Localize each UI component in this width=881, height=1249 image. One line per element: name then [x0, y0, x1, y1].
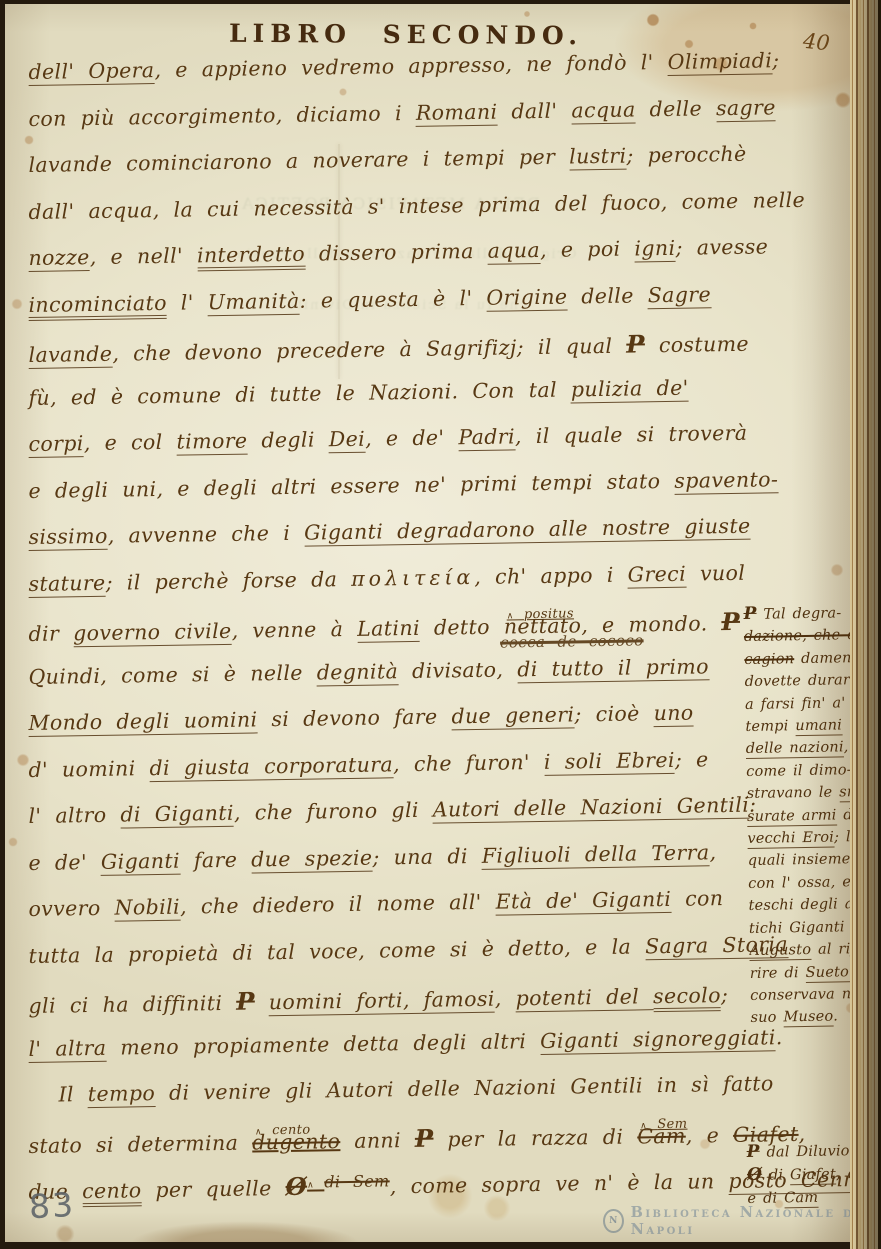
text-segment: sagre: [716, 95, 776, 122]
watermark-text: Biblioteca Nazionale di Napoli: [631, 1204, 881, 1238]
margin-note-line: dovette durar: [744, 669, 862, 693]
text-segment: gli ci ha diffiniti: [28, 991, 236, 1018]
text-segment: Giganti: [101, 848, 180, 875]
book-section-title: LIBRO SECONDO.: [229, 19, 583, 50]
text-segment: Tal degra-: [756, 605, 841, 622]
margin-note-line: P dal Diluvio: [746, 1139, 864, 1164]
text-segment: pulizia de': [571, 375, 689, 403]
text-segment: costume: [645, 332, 749, 358]
library-seal-icon: N: [603, 1209, 624, 1233]
text-segment: conservava nel: [750, 986, 865, 1004]
text-segment: uno: [653, 701, 693, 728]
text-segment: Romani: [416, 99, 498, 126]
manuscript-scan: DELLA METAFISICA POETICAOrigine della Di…: [0, 0, 881, 1249]
text-segment: l': [167, 290, 208, 315]
text-segment: e de': [28, 849, 101, 874]
text-segment: come il dimo-: [746, 762, 852, 780]
text-segment: Origine: [486, 284, 567, 311]
text-segment: , e: [686, 1122, 734, 1147]
text-segment: , che diedero il nome all': [180, 890, 496, 919]
text-segment: Giafet: [790, 1167, 836, 1186]
text-segment: rire di: [750, 965, 806, 982]
text-segment: uomini forti, famosi: [269, 987, 495, 1017]
margin-note-line: stravano le smi-: [746, 781, 864, 805]
text-segment: ; perocchè: [626, 142, 746, 168]
text-segment: , e poi: [540, 236, 635, 261]
text-segment: Greci: [628, 561, 687, 588]
text-segment: igni: [634, 236, 675, 263]
text-segment: ;: [721, 983, 729, 1007]
text-segment: cagion: [744, 651, 794, 668]
text-segment: aqua: [487, 238, 540, 265]
text-segment: ,: [495, 986, 516, 1010]
text-segment: , ch' appo i: [474, 562, 628, 588]
manuscript-page: DELLA METAFISICA POETICAOrigine della Di…: [5, 4, 881, 1242]
text-segment: con l' ossa, e i: [748, 874, 863, 892]
text-segment: Età de' Giganti: [495, 887, 671, 916]
text-segment: a farsi fin' a': [745, 695, 846, 713]
text-segment: Il: [58, 1082, 88, 1106]
text-segment: , il quale si troverà: [515, 421, 748, 449]
text-segment: Giganti signoreggiati: [540, 1025, 776, 1055]
margin-note-line: come il dimo-: [746, 759, 864, 783]
margin-note-line: delle nazioni,: [746, 736, 864, 760]
text-segment: , che furono gli: [234, 798, 433, 825]
text-segment: vuol: [686, 560, 746, 585]
text-segment: suo: [750, 1010, 783, 1027]
margin-note-line: P Tal degra-: [743, 601, 861, 626]
text-segment: Padri: [458, 424, 515, 451]
text-segment: ; una di: [372, 843, 482, 869]
pencil-folio-number: 83: [28, 1185, 76, 1226]
text-segment: πολιτεία: [351, 565, 474, 591]
text-segment: umani: [795, 717, 842, 736]
text-segment: Ø: [285, 1172, 307, 1201]
text-segment: anni: [340, 1127, 415, 1152]
text-segment: ; cioè: [574, 701, 654, 726]
text-segment: Museo: [783, 1009, 833, 1028]
text-segment: divisato,: [398, 657, 517, 683]
text-segment: Umanità: [207, 288, 299, 315]
text-segment: con: [671, 886, 724, 911]
text-segment: spavento-: [674, 467, 778, 495]
margin-note-line: Ø di Giafet, e: [747, 1162, 865, 1187]
text-segment: sissimo: [28, 524, 108, 551]
text-segment: Giganti degradarono alle nostre giuste: [304, 514, 751, 547]
text-segment: : e questa è l': [299, 285, 486, 312]
text-segment: timore: [176, 429, 247, 456]
text-segment: di Sem: [307, 1171, 390, 1191]
text-segment: degnità: [317, 659, 399, 686]
text-segment: corpi: [28, 431, 84, 458]
text-segment: interdetto: [197, 242, 305, 272]
text-segment: P: [415, 1123, 434, 1152]
text-segment: governo civile: [73, 619, 232, 647]
text-segment: l' altro: [28, 803, 120, 828]
text-segment: ; avesse: [675, 234, 768, 259]
margin-note-line: tempi umani: [745, 714, 863, 738]
text-segment: cento: [82, 1178, 142, 1207]
text-segment: Mondo degli uomini: [28, 707, 257, 737]
text-segment: tempi: [745, 718, 795, 735]
text-segment: per la razza di: [433, 1124, 637, 1151]
text-segment: ,: [709, 840, 716, 864]
text-segment: delle: [635, 96, 716, 121]
text-segment: , e col: [84, 430, 177, 455]
text-segment: Sagre: [648, 282, 712, 309]
text-segment: P: [721, 607, 740, 636]
text-segment: dissero prima: [305, 239, 488, 266]
text-segment: ; e: [675, 747, 709, 772]
margin-note-line: surate armi de': [747, 804, 865, 828]
text-segment: nozze: [28, 245, 90, 272]
text-segment: di: [762, 1168, 790, 1184]
text-segment: Quindi, come si è nelle: [28, 660, 317, 689]
text-segment: i soli Ebrei: [544, 747, 675, 775]
text-segment: Ø: [747, 1165, 762, 1185]
margin-note-line: quali insieme: [748, 848, 866, 872]
library-watermark: N Biblioteca Nazionale di Napoli: [603, 1204, 881, 1238]
text-segment: dall': [497, 98, 571, 123]
text-segment: delle nazioni: [746, 740, 844, 760]
margin-note-line: con l' ossa, e i: [748, 871, 866, 895]
text-segment: vecchi Eroi: [747, 830, 834, 850]
text-segment: tempo: [88, 1081, 156, 1108]
text-segment: stato si determina: [28, 1130, 252, 1158]
text-segment: surate armi: [747, 807, 837, 827]
text-segment: P: [743, 604, 756, 624]
text-segment: , e nell': [90, 243, 198, 269]
text-segment: di Giganti: [120, 801, 234, 829]
text-segment: , che furon': [393, 749, 544, 775]
text-segment: ,: [844, 740, 849, 756]
text-segment: Nobili: [114, 895, 180, 922]
margin-note-line: vecchi Eroi; li: [747, 826, 865, 850]
text-segment: Autori delle Nazioni Gentili: [433, 793, 750, 824]
text-segment: Latini: [357, 616, 420, 643]
text-segment: , come sopra ve n' è la un: [390, 1169, 729, 1198]
text-segment: si devono fare: [257, 704, 451, 731]
text-segment: l' altra: [28, 1035, 106, 1062]
text-segment: , venne à: [231, 617, 357, 643]
text-segment: [255, 990, 269, 1014]
margin-note-line: teschi degli an-: [748, 893, 866, 917]
text-segment: lavande: [28, 342, 112, 369]
text-segment: Augusto: [749, 942, 811, 961]
text-segment: dal Diluvio: [760, 1143, 850, 1161]
text-segment: per quelle: [141, 1176, 285, 1202]
text-segment: stature: [28, 570, 106, 597]
text-segment: P: [746, 1142, 759, 1162]
text-segment: potenti del: [515, 984, 653, 1012]
text-segment: incominciato: [28, 290, 167, 320]
text-segment: , e appieno vedremo appresso, ne fondò l…: [154, 50, 668, 82]
body-lines: dell' Opera, e appieno vedremo appresso,…: [29, 60, 841, 1223]
text-segment: ovvero: [28, 896, 114, 921]
margin-note-line: cagion damen-: [744, 647, 862, 671]
text-segment: Dei: [329, 427, 366, 454]
margin-note-deluge: P dal DiluvioØ di Giafet, ee di Cam: [746, 1139, 865, 1210]
text-segment: damen-: [794, 650, 857, 667]
text-segment: detto: [420, 615, 504, 640]
text-segment: dir: [28, 621, 73, 646]
text-segment: stravano le: [746, 785, 839, 803]
text-segment: tichi Giganti: [749, 919, 845, 937]
text-segment: dell' Opera: [28, 58, 154, 86]
text-segment: due generi: [451, 702, 574, 730]
text-segment: di giusta corporatura: [149, 752, 393, 782]
book-page-edges: [850, 0, 881, 1249]
text-segment: .: [833, 1009, 838, 1025]
text-segment: d' uomini: [28, 756, 149, 782]
text-segment: fare: [180, 847, 252, 872]
margin-note-line: a farsi fin' a': [745, 692, 863, 716]
text-segment: lustri: [569, 144, 627, 171]
text-segment: Olimpiadi: [667, 48, 772, 76]
text-segment: P: [236, 986, 255, 1015]
text-segment: degli: [247, 427, 329, 452]
text-segment: acqua: [571, 97, 636, 124]
text-segment: Figliuoli della Terra: [482, 840, 710, 870]
text-segment: secolo: [653, 983, 721, 1012]
text-segment: P: [626, 329, 645, 358]
text-segment: , che devono precedere à Sagrifizj; il q…: [112, 334, 626, 366]
margin-note-line: dazione, che co: [744, 624, 862, 648]
text-segment: quali insieme: [748, 852, 851, 870]
text-segment: due spezie: [251, 845, 373, 873]
text-segment: dovette durar: [745, 672, 851, 690]
text-segment: , avvenne che i: [108, 521, 305, 548]
text-segment: delle: [567, 283, 648, 308]
text-segment: ;: [772, 48, 780, 72]
text-segment: ; il perchè forse da: [105, 566, 351, 594]
text-segment: , e de': [365, 425, 459, 450]
text-segment: di tutto il primo: [517, 654, 709, 683]
text-segment: dazione, che co: [744, 627, 865, 645]
